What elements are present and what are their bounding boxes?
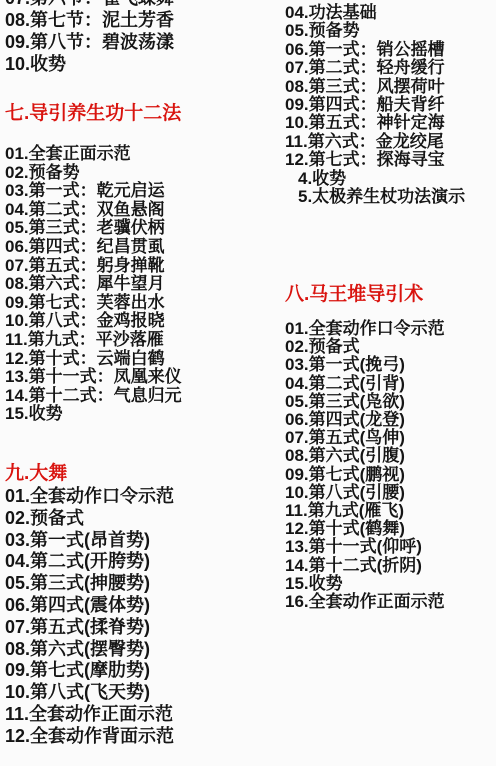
list-item: 10.第五式：神针定海 <box>285 114 496 132</box>
list-item: 06.第四式(龙登) <box>285 411 496 429</box>
list-item: 07.第五式：躬身掸靴 <box>5 257 270 276</box>
list-item: 12.第十式：云端白鹤 <box>5 350 270 369</box>
list-item: 02.预备式 <box>285 338 496 356</box>
list-item: 10.第八式：金鸡报晓 <box>5 312 270 331</box>
list-item: 05.预备势 <box>285 22 496 40</box>
section-header-mawangdui: 八.马王堆导引术 <box>285 284 496 306</box>
list-item: 05.第三式：老骥伏柄 <box>5 219 270 238</box>
list-item: 03.第一式(挽弓) <box>285 356 496 374</box>
list-item: 08.第六式(引腹) <box>285 447 496 465</box>
section-header-dawu: 九.大舞 <box>5 463 270 485</box>
list-item: 04.第二式：双鱼悬阁 <box>5 201 270 220</box>
list-item: 09.第七式(摩肋势) <box>5 660 270 682</box>
list-item: 15.收势 <box>285 575 496 593</box>
list-item: 03.第一式：乾元启运 <box>5 182 270 201</box>
list-item: 13.第十一式(仰呼) <box>285 538 496 556</box>
list-item: 4.收势 <box>285 170 496 188</box>
list-item: 02.预备势 <box>5 164 270 183</box>
list-item: 08.第七节：泥土芳香 <box>5 9 270 31</box>
list-item: 16.全套动作正面示范 <box>285 593 496 611</box>
list-item: 01.全套正面示范 <box>5 145 270 164</box>
list-item: 05.第三式(抻腰势) <box>5 573 270 595</box>
right-top-section-list: 04.功法基础05.预备势06.第一式：销公摇槽07.第二式：轻舟缓行08.第三… <box>285 4 496 206</box>
list-item: 5.太极养生杖功法演示 <box>285 188 496 206</box>
list-item: 07.第五式(鸟伸) <box>285 429 496 447</box>
section-header-daoyin-yangshenggong: 七.导引养生功十二法 <box>5 103 270 125</box>
list-item: 10.收势 <box>5 53 270 75</box>
mawangdui-list: 01.全套动作口令示范02.预备式03.第一式(挽弓)04.第二式(引背)05.… <box>285 320 496 611</box>
list-item: 11.第六式：金龙绞尾 <box>285 133 496 151</box>
list-item: 04.功法基础 <box>285 4 496 22</box>
list-item: 13.第十一式：凤凰来仪 <box>5 368 270 387</box>
list-item: 05.第三式(凫欲) <box>285 393 496 411</box>
list-item: 06.第四式(震体势) <box>5 595 270 617</box>
list-item: 01.全套动作口令示范 <box>5 486 270 508</box>
list-item: 09.第四式：船夫背纤 <box>285 96 496 114</box>
list-item: 14.第十二式：气息归元 <box>5 387 270 406</box>
list-item: 08.第六式(摆臀势) <box>5 639 270 661</box>
list-item: 10.第八式(飞天势) <box>5 682 270 704</box>
list-item: 04.第二式(引背) <box>285 375 496 393</box>
left-column: 07.第六节：雀飞蝶舞08.第七节：泥土芳香09.第八节：碧波荡漾10.收势 七… <box>5 0 270 766</box>
list-item: 06.第四式：纪昌贯虱 <box>5 238 270 257</box>
list-item: 08.第六式：犀牛望月 <box>5 275 270 294</box>
list-item: 11.全套动作正面示范 <box>5 704 270 726</box>
list-item: 10.第八式(引腰) <box>285 484 496 502</box>
list-item: 07.第二式：轻舟缓行 <box>285 59 496 77</box>
list-item: 12.第十式(鹤舞) <box>285 520 496 538</box>
list-item: 14.第十二式(折阴) <box>285 557 496 575</box>
document-page: 07.第六节：雀飞蝶舞08.第七节：泥土芳香09.第八节：碧波荡漾10.收势 七… <box>0 0 496 766</box>
list-item: 06.第一式：销公摇槽 <box>285 41 496 59</box>
list-item: 12.全套动作背面示范 <box>5 726 270 748</box>
list-item: 09.第七式：芙蓉出水 <box>5 294 270 313</box>
list-item: 02.预备式 <box>5 508 270 530</box>
left-top-section-list: 07.第六节：雀飞蝶舞08.第七节：泥土芳香09.第八节：碧波荡漾10.收势 <box>5 0 270 75</box>
right-column: 04.功法基础05.预备势06.第一式：销公摇槽07.第二式：轻舟缓行08.第三… <box>285 0 496 766</box>
list-item: 04.第二式(开胯势) <box>5 551 270 573</box>
list-item: 11.第九式(雁飞) <box>285 502 496 520</box>
list-item: 03.第一式(昂首势) <box>5 530 270 552</box>
list-item: 09.第八节：碧波荡漾 <box>5 31 270 53</box>
list-item: 12.第七式：探海寻宝 <box>285 151 496 169</box>
daoyin-yangshenggong-list: 01.全套正面示范02.预备势03.第一式：乾元启运04.第二式：双鱼悬阁05.… <box>5 145 270 424</box>
list-item: 11.第九式：平沙落雁 <box>5 331 270 350</box>
list-item: 07.第六节：雀飞蝶舞 <box>5 0 270 9</box>
list-item: 01.全套动作口令示范 <box>285 320 496 338</box>
list-item: 07.第五式(揉脊势) <box>5 617 270 639</box>
list-item: 08.第三式：风摆荷叶 <box>285 78 496 96</box>
dawu-list: 01.全套动作口令示范02.预备式03.第一式(昂首势)04.第二式(开胯势)0… <box>5 486 270 748</box>
list-item: 09.第七式(鹏视) <box>285 466 496 484</box>
list-item: 15.收势 <box>5 405 270 424</box>
